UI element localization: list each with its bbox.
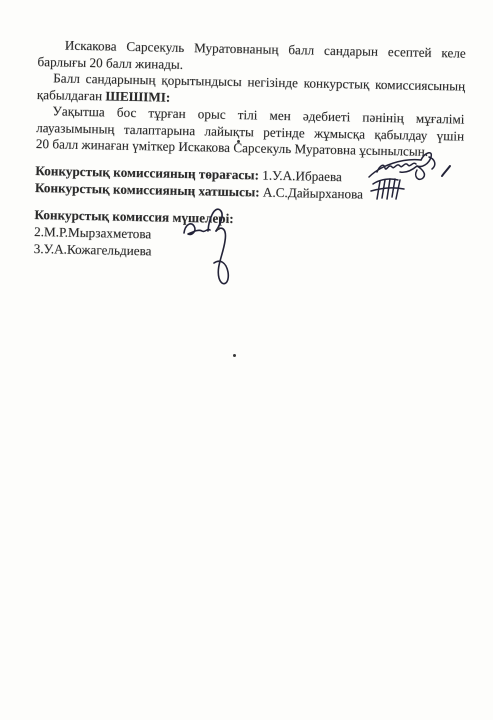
ink-speck xyxy=(217,227,220,230)
paragraph2-line2-text: қабылдаған xyxy=(37,86,103,102)
commission-signature-block: Конкурстық комиссияның төрағасы: 1.У.А.И… xyxy=(35,161,464,204)
ink-speck xyxy=(237,140,240,143)
decision-word: ШЕШІМІ: xyxy=(105,88,170,104)
secretary-label: Конкурстық комиссияның хатшысы: xyxy=(35,179,260,199)
document-body: Искакова Сарсекуль Муратовнаның балл сан… xyxy=(0,0,493,266)
secretary-name: А.С.Дайырханова xyxy=(263,184,363,201)
ink-speck xyxy=(233,354,236,357)
chairman-name: 1.У.А.Ибраева xyxy=(262,167,342,184)
scanned-document-page: Искакова Сарсекуль Муратовнаның балл сан… xyxy=(0,0,493,720)
commission-members-block: Конкурстық комиссия мүшелері: 2.М.Р.Мырз… xyxy=(34,205,463,265)
